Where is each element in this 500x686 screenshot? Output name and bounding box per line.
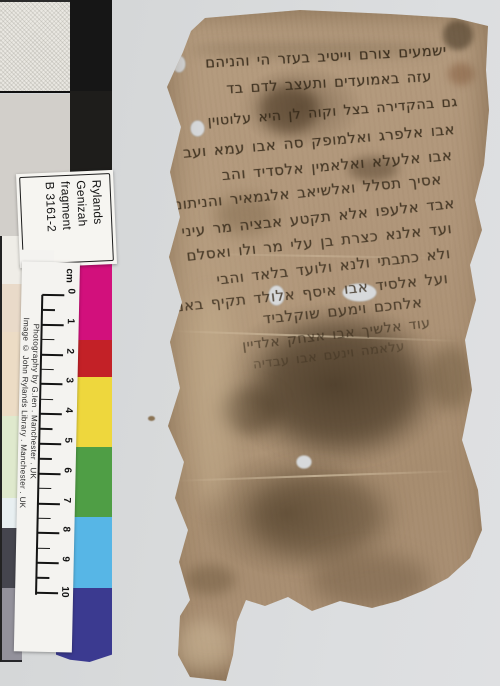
ruler-number: 3 bbox=[63, 378, 74, 384]
patch-green bbox=[70, 447, 112, 517]
ruler-number: 8 bbox=[60, 527, 71, 533]
ruler-tick-major bbox=[38, 502, 60, 504]
ruler-number: 10 bbox=[59, 586, 70, 597]
ruler-tick-major bbox=[39, 473, 61, 475]
ruler-tick-minor bbox=[42, 309, 55, 311]
ruler-tick-minor bbox=[41, 339, 54, 341]
ruler-tick-major bbox=[42, 294, 64, 296]
ruler-tick-minor bbox=[38, 517, 51, 519]
manuscript-fragment: ישמעים צורם וייטיב בעזר הי והניהםעזה באמ… bbox=[160, 5, 495, 683]
ruler-tick-minor bbox=[39, 428, 52, 430]
ruler-tick-major bbox=[37, 562, 59, 564]
ruler-number: 5 bbox=[62, 437, 73, 443]
ruler-number: 4 bbox=[63, 407, 74, 413]
ruler-tick-minor bbox=[36, 577, 49, 579]
patch-black-top bbox=[70, 0, 112, 91]
ruler-number: 0 bbox=[65, 288, 76, 294]
ruler-tick-major bbox=[36, 592, 58, 594]
patch-white-textured bbox=[0, 0, 70, 93]
shelfmark-label-text: Rylands Genizah fragment B 3161-2 bbox=[26, 179, 106, 258]
ruler-tick-major bbox=[41, 353, 63, 355]
ruler-tick-minor bbox=[40, 398, 53, 400]
ruler-tick-minor bbox=[38, 488, 51, 490]
ruler-number: 1 bbox=[65, 318, 76, 324]
ruler-tick-major bbox=[39, 443, 61, 445]
ruler-tick-major bbox=[37, 532, 59, 534]
ruler-number: 6 bbox=[62, 467, 73, 473]
ruler-tick-major bbox=[40, 413, 62, 415]
ruler-number: 7 bbox=[61, 497, 72, 503]
ruler-number: 9 bbox=[60, 556, 71, 562]
ruler: cm 012345678910 Image © John Rylands Lib… bbox=[14, 261, 80, 652]
ruler-tick-major bbox=[42, 324, 64, 326]
ruler-tick-minor bbox=[39, 458, 52, 460]
ruler-unit-label: cm bbox=[64, 268, 75, 283]
ruler-tick-minor bbox=[41, 368, 54, 370]
photograph: Rylands Genizah fragment B 3161-2 cm 012… bbox=[0, 0, 500, 686]
ruler-number: 2 bbox=[64, 348, 75, 354]
patch-light-blue bbox=[70, 517, 112, 588]
ruler-tick-major bbox=[40, 383, 62, 385]
dust-speck bbox=[148, 416, 155, 421]
fragment-edge-shading bbox=[160, 5, 495, 683]
ruler-tick-minor bbox=[37, 547, 50, 549]
